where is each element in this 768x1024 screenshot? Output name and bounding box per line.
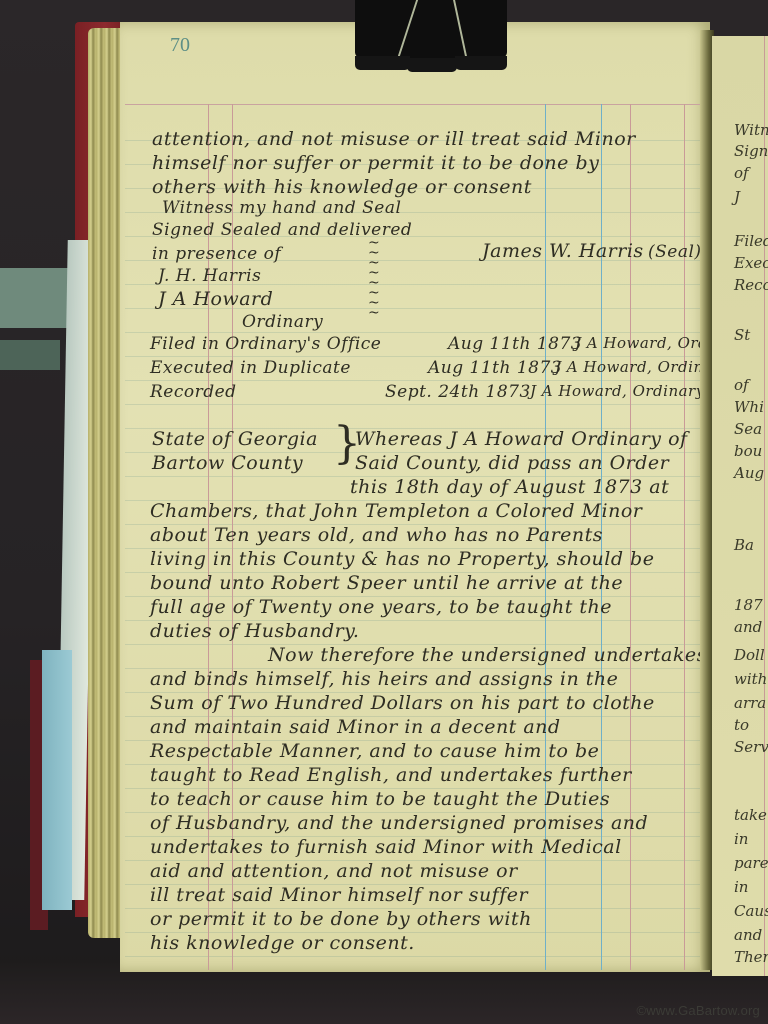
right-fragment: and — [734, 618, 762, 636]
ruled-line — [125, 956, 705, 957]
right-fragment: Ba — [734, 536, 754, 554]
body-line-17: of Husbandry, and the undersigned promis… — [150, 812, 648, 834]
witness-1-name: J. H. Harris — [158, 266, 261, 286]
ruled-line — [125, 332, 705, 333]
right-fragment: Signe — [734, 142, 768, 160]
right-fragment: in — [734, 878, 748, 896]
column-rule-red-4 — [684, 104, 685, 970]
right-fragment: with — [734, 670, 767, 688]
filing-date-1: Aug 11th 1873 — [448, 334, 582, 354]
body-line-16: to teach or cause him to be taught the D… — [150, 788, 610, 810]
continuation-line-2: himself nor suffer or permit it to be do… — [152, 152, 599, 174]
right-fragment: of — [734, 376, 749, 394]
filing-date-2: Aug 11th 1873 — [428, 358, 562, 378]
body-line-14: Respectable Manner, and to cause him to … — [150, 740, 599, 762]
column-rule-red-3 — [630, 104, 631, 970]
right-fragment: Whi — [734, 398, 764, 416]
body-line-9: duties of Husbandry. — [150, 620, 359, 642]
filing-label-3: Recorded — [150, 382, 237, 402]
ruled-line — [125, 404, 705, 405]
body-line-19: aid and attention, and not misuse or — [150, 860, 518, 882]
background-green-object-2 — [0, 340, 60, 370]
right-fragment: Sea — [734, 420, 762, 438]
caption-county: Bartow County — [152, 452, 303, 474]
ruled-line — [125, 356, 705, 357]
right-fragment: Reco — [734, 276, 768, 294]
filing-date-3: Sept. 24th 1873 — [385, 382, 531, 402]
right-fragment: Aug — [734, 464, 764, 482]
body-line-1: Whereas J A Howard Ordinary of — [355, 428, 688, 450]
witness-brace: ~~~~~~~~ — [368, 238, 378, 318]
right-fragment: Witn — [734, 121, 768, 139]
continuation-line-3: others with his knowledge or consent — [152, 176, 532, 198]
right-fragment: in — [734, 830, 748, 848]
page-number: 70 — [170, 34, 190, 57]
in-presence-line: in presence of — [152, 244, 281, 264]
witness-line: Witness my hand and Seal — [162, 198, 401, 218]
right-fragment: take — [734, 806, 767, 824]
body-line-21: or permit it to be done by others with — [150, 908, 532, 930]
right-fragment: of — [734, 164, 749, 182]
body-line-22: his knowledge or consent. — [150, 932, 415, 954]
right-fragment: Ther — [734, 948, 768, 966]
body-line-7: bound unto Robert Speer until he arrive … — [150, 572, 623, 594]
header-rule — [125, 104, 705, 105]
right-fragment: to — [734, 716, 749, 734]
body-line-20: ill treat said Minor himself nor suffer — [150, 884, 528, 906]
right-fragment: arra — [734, 694, 766, 712]
right-fragment: 187 — [734, 596, 763, 614]
body-line-11: and binds himself, his heirs and assigns… — [150, 668, 618, 690]
right-fragment: Caus — [734, 902, 768, 920]
body-line-6: living in this County & has no Property,… — [150, 548, 654, 570]
seal-mark: (Seal) — [648, 242, 702, 262]
caption-state: State of Georgia — [152, 428, 318, 450]
right-fragment: pare — [734, 854, 768, 872]
book-blue-insert — [42, 650, 72, 910]
body-line-10: Now therefore the undersigned undertakes — [268, 644, 707, 666]
signer-name: James W. Harris — [482, 240, 644, 262]
body-line-8: full age of Twenty one years, to be taug… — [150, 596, 612, 618]
witness-2-name: J A Howard — [158, 288, 273, 310]
witness-2-title: Ordinary — [242, 312, 323, 332]
body-line-13: and maintain said Minor in a decent and — [150, 716, 561, 738]
body-line-2: Said County, did pass an Order — [355, 452, 669, 474]
right-fragment: Doll — [734, 646, 765, 664]
continuation-line-1: attention, and not misuse or ill treat s… — [152, 128, 636, 150]
body-line-5: about Ten years old, and who has no Pare… — [150, 524, 603, 546]
body-line-12: Sum of Two Hundred Dollars on his part t… — [150, 692, 655, 714]
filing-label-2: Executed in Duplicate — [150, 358, 351, 378]
right-fragment: Filed — [734, 232, 768, 250]
body-line-4: Chambers, that John Templeton a Colored … — [150, 500, 642, 522]
copyright-watermark: ©www.GaBartow.org — [636, 1003, 760, 1018]
ruled-line — [125, 380, 705, 381]
right-fragment: Exec — [734, 254, 768, 272]
background-green-object — [0, 268, 70, 328]
right-fragment: Serv — [734, 738, 768, 756]
body-line-3: this 18th day of August 1873 at — [350, 476, 669, 498]
filing-official-3: J A Howard, Ordinary — [530, 382, 705, 400]
right-fragment: and — [734, 926, 762, 944]
filing-official-1: J A Howard, Ordy — [575, 334, 717, 352]
right-fragment: J — [734, 188, 740, 206]
right-fragment: St — [734, 326, 750, 344]
filing-label-1: Filed in Ordinary's Office — [150, 334, 381, 354]
right-fragment: bou — [734, 442, 762, 460]
body-line-15: taught to Read English, and undertakes f… — [150, 764, 632, 786]
binder-clip — [355, 0, 507, 72]
right-page: Witn Signe of J Filed Exec Reco St of Wh… — [712, 36, 768, 976]
body-line-18: undertakes to furnish said Minor with Me… — [150, 836, 622, 858]
